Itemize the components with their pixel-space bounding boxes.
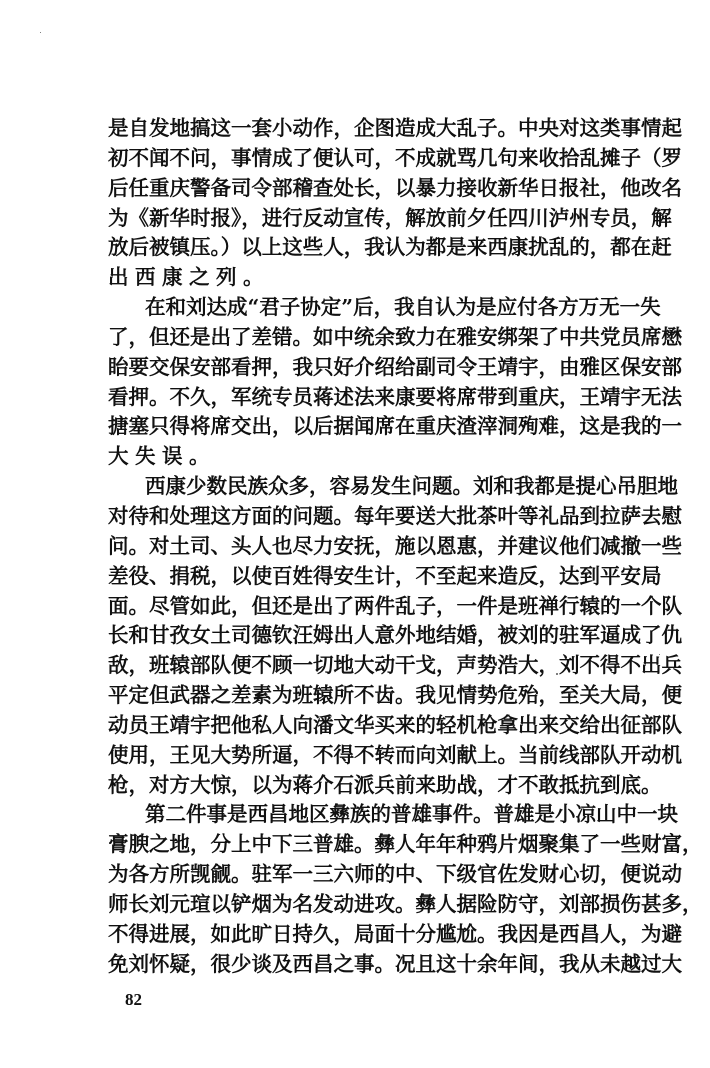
text-line-25: 膏腴之地，分上中下三普雄。彝人年年种鸦片烟聚集了一些财富，: [108, 830, 657, 860]
text-line-1: 是自发地搞这一套小动作，企图造成大乱子。中央对这类事情起: [108, 114, 657, 144]
text-line-15: 问。对土司、头人也尽力安抚，施以恩惠，并建议他们减撤一些: [108, 532, 657, 562]
page-number: 82: [125, 990, 142, 1010]
scan-speck: [659, 654, 660, 655]
text-line-27: 师长刘元瑄以铲烟为名发动进攻。彝人据险防守，刘部损伤甚多，: [108, 890, 657, 920]
text-line-17: 面。尽管如此，但还是出了两件乱子，一件是班禅行辕的一个队: [108, 592, 657, 622]
text-line-3: 后任重庆警备司令部稽查处长，以暴力接收新华日报社，他改名: [108, 174, 657, 204]
text-line-24: 第二件事是西昌地区彝族的普雄事件。普雄是小凉山中一块: [108, 800, 657, 830]
text-line-10: 看押。不久，军统专员蒋述法来康要将席带到重庆，王靖宇无法: [108, 383, 657, 413]
text-line-21: 动员王靖宇把他私人向潘文华买来的轻机枪拿出来交给出征部队: [108, 711, 657, 741]
text-line-6: 出西康之列。: [108, 263, 657, 293]
text-line-22: 使用，王见大势所逼，不得不转而向刘献上。当前线部队开动机: [108, 741, 657, 771]
text-line-11: 搪塞只得将席交出，以后据闻席在重庆渣滓洞殉难，这是我的一: [108, 412, 657, 442]
text-line-16: 差役、捐税，以使百姓得安生计，不至起来造反，达到平安局: [108, 562, 657, 592]
text-line-26: 为各方所觊觎。驻军一三六师的中、下级官佐发财心切，便说动: [108, 860, 657, 890]
text-line-8: 了，但还是出了差错。如中统余致力在雅安绑架了中共党员席懋: [108, 323, 657, 353]
book-page: 是自发地搞这一套小动作，企图造成大乱子。中央对这类事情起 初不闻不问，事情成了便…: [0, 0, 710, 1068]
text-line-19: 敌，班辕部队便不顾一切地大动干戈，声势浩大，刘不得不出兵: [108, 651, 657, 681]
text-line-13: 西康少数民族众多，容易发生问题。刘和我都是提心吊胆地: [108, 472, 657, 502]
text-line-20: 平定但武器之差素为班辕所不齿。我见情势危殆，至关大局，便: [108, 681, 657, 711]
text-line-14: 对待和处理这方面的问题。每年要送大批茶叶等礼品到拉萨去慰: [108, 502, 657, 532]
text-line-9: 眙要交保安部看押，我只好介绍给副司令王靖宇，由雅区保安部: [108, 353, 657, 383]
text-line-23: 枪，对方大惊，以为蒋介石派兵前来助战，才不敢抵抗到底。: [108, 771, 657, 801]
text-line-18: 长和甘孜女土司德钦汪姆出人意外地结婚，被刘的驻军逼成了仇: [108, 621, 657, 651]
scan-speck: [556, 673, 558, 675]
text-line-29: 免刘怀疑，很少谈及西昌之事。况且这十余年间，我从未越过大: [108, 950, 657, 980]
body-text: 是自发地搞这一套小动作，企图造成大乱子。中央对这类事情起 初不闻不问，事情成了便…: [108, 114, 657, 979]
text-line-4: 为《新华时报》，进行反动宣传，解放前夕任四川泸州专员，解: [108, 204, 657, 234]
text-line-7: 在和刘达成“君子协定”后，我自认为是应付各方万无一失: [108, 293, 657, 323]
text-line-28: 不得进展，如此旷日持久，局面十分尴尬。我因是西昌人，为避: [108, 920, 657, 950]
scan-speck: [40, 32, 41, 33]
text-line-12: 大失误。: [108, 442, 657, 472]
text-line-5: 放后被镇压。）以上这些人，我认为都是来西康扰乱的，都在赶: [108, 233, 657, 263]
text-line-2: 初不闻不问，事情成了便认可，不成就骂几句来收拾乱摊子（罗: [108, 144, 657, 174]
